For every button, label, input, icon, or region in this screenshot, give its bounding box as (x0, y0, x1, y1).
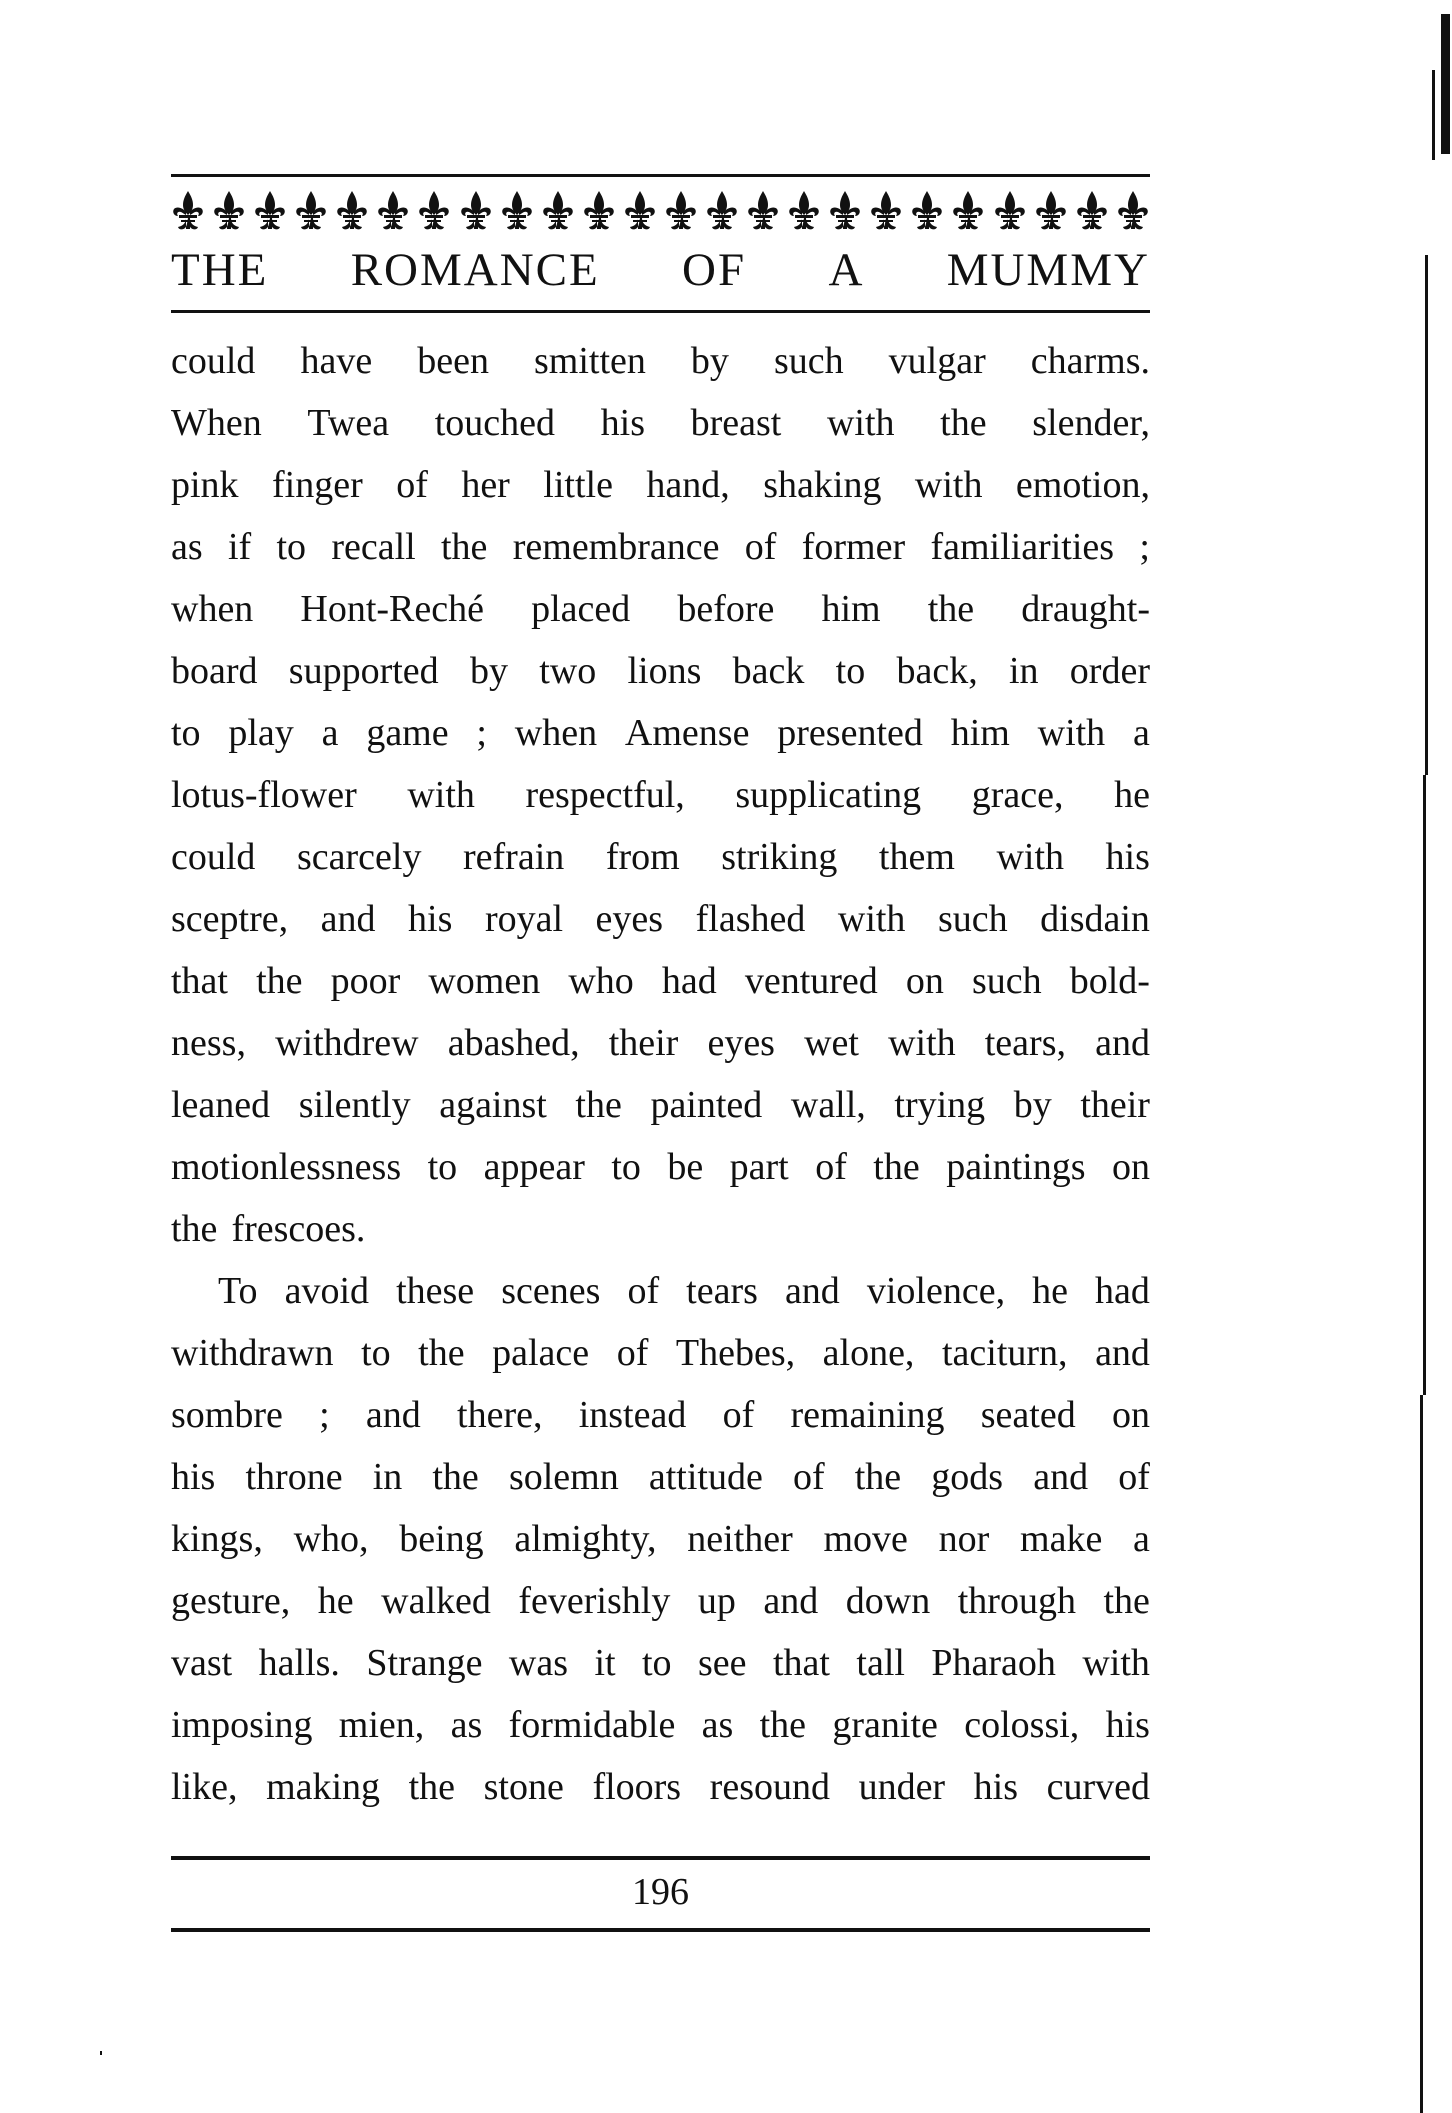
text-line: like,makingthestonefloorsresoundunderhis… (171, 1756, 1150, 1818)
text-line: vasthalls.StrangewasittoseethattallPhara… (171, 1632, 1150, 1694)
running-title-word: ROMANCE (351, 240, 600, 300)
scan-edge-mark (1441, 14, 1450, 154)
fleur-de-lis-icon (1116, 190, 1150, 232)
text-line: sceptre,andhisroyaleyesflashedwithsuchdi… (171, 888, 1150, 950)
fleur-de-lis-icon (376, 190, 410, 232)
fleur-de-lis-icon (910, 190, 944, 232)
text-line: histhroneinthesolemnattitudeofthegodsand… (171, 1446, 1150, 1508)
running-title-word: A (828, 240, 864, 300)
fleur-de-lis-icon (951, 190, 985, 232)
text-line: leanedsilentlyagainstthepaintedwall,tryi… (171, 1074, 1150, 1136)
footer-top-rule (171, 1856, 1150, 1860)
text-line: imposingmien,asformidableasthegranitecol… (171, 1694, 1150, 1756)
fleur-de-lis-icon (253, 190, 287, 232)
fleur-de-lis-icon (664, 190, 698, 232)
text-line: kings,who,beingalmighty,neithermovenorma… (171, 1508, 1150, 1570)
text-line: gesture,hewalkedfeverishlyupanddownthrou… (171, 1570, 1150, 1632)
scan-speck (100, 2051, 102, 2055)
text-line: couldscarcelyrefrainfromstrikingthemwith… (171, 826, 1150, 888)
scan-edge-mark (1432, 70, 1435, 160)
text-line: asiftorecalltheremembranceofformerfamili… (171, 516, 1150, 578)
text-line: whenHont-Rechéplacedbeforehimthedraught- (171, 578, 1150, 640)
text-line: motionlessnesstoappeartobepartofthepaint… (171, 1136, 1150, 1198)
fleur-de-lis-icon (212, 190, 246, 232)
text-line: pinkfingerofherlittlehand,shakingwithemo… (171, 454, 1150, 516)
text-line: withdrawntothepalaceofThebes,alone,tacit… (171, 1322, 1150, 1384)
header-bottom-rule (171, 310, 1150, 313)
fleur-de-lis-icon (294, 190, 328, 232)
fleur-de-lis-icon (746, 190, 780, 232)
fleur-de-lis-icon (869, 190, 903, 232)
body-text: couldhavebeensmittenbysuchvulgarcharms.W… (171, 330, 1150, 1818)
text-line: sombre;andthere,insteadofremainingseated… (171, 1384, 1150, 1446)
fleur-de-lis-icon (582, 190, 616, 232)
fleur-de-lis-icon (417, 190, 451, 232)
fleur-de-lis-icon (705, 190, 739, 232)
fleur-de-lis-icon (828, 190, 862, 232)
fleur-de-lis-icon (500, 190, 534, 232)
fleur-de-lis-icon (541, 190, 575, 232)
running-title: THEROMANCEOFAMUMMY (171, 240, 1150, 300)
fleur-de-lis-icon (459, 190, 493, 232)
scan-edge-line (1425, 255, 1428, 775)
header-top-rule (171, 174, 1150, 177)
fleur-de-lis-icon (993, 190, 1027, 232)
text-line: WhenTweatouchedhisbreastwiththeslender, (171, 392, 1150, 454)
scan-edge-line (1423, 775, 1426, 1395)
text-line: couldhavebeensmittenbysuchvulgarcharms. (171, 330, 1150, 392)
running-title-word: OF (682, 240, 746, 300)
fleur-de-lis-ornament-row (171, 188, 1150, 234)
fleur-de-lis-icon (171, 190, 205, 232)
footer-bottom-rule (171, 1928, 1150, 1932)
fleur-de-lis-icon (335, 190, 369, 232)
page-number: 196 (171, 1867, 1150, 1917)
fleur-de-lis-icon (787, 190, 821, 232)
fleur-de-lis-icon (1034, 190, 1068, 232)
text-line: toplayagame;whenAmensepresentedhimwitha (171, 702, 1150, 764)
running-title-word: MUMMY (947, 240, 1150, 300)
text-line: ness,withdrewabashed,theireyeswetwithtea… (171, 1012, 1150, 1074)
fleur-de-lis-icon (1075, 190, 1109, 232)
text-line: thatthepoorwomenwhohadventuredonsuchbold… (171, 950, 1150, 1012)
running-title-word: THE (171, 240, 268, 300)
text-line: Toavoidthesescenesoftearsandviolence,heh… (171, 1260, 1150, 1322)
fleur-de-lis-icon (623, 190, 657, 232)
text-line: lotus-flowerwithrespectful,supplicatingg… (171, 764, 1150, 826)
text-line: thefrescoes. (171, 1198, 1150, 1260)
text-line: boardsupportedbytwolionsbacktoback,inord… (171, 640, 1150, 702)
scan-edge-line (1420, 1395, 1423, 2113)
